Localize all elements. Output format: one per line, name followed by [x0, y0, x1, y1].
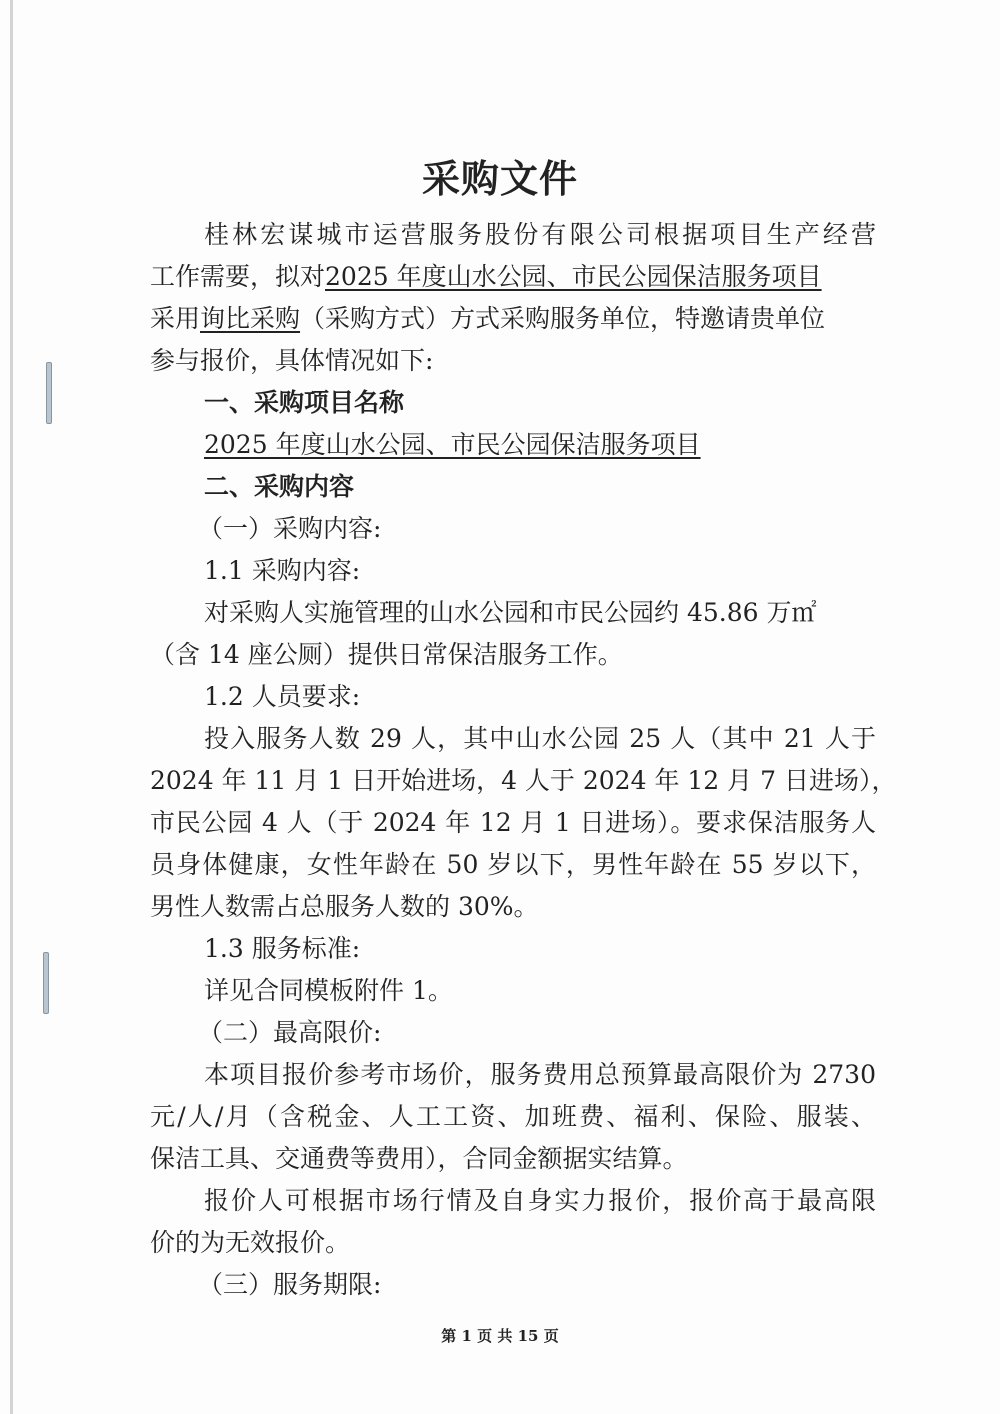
item-1-2-line-4: 员身体健康，女性年龄在 50 岁以下，男性年龄在 55 岁以下，	[150, 850, 876, 880]
item-1-2-line-5: 男性人数需占总服务人数的 30%。	[150, 892, 539, 922]
intro-line-4: 参与报价，具体情况如下:	[150, 346, 433, 376]
binding-staple	[43, 952, 49, 1014]
document-title: 采购文件	[0, 148, 1000, 203]
project-name-underlined: 2025 年度山水公园、市民公园保洁服务项目	[325, 262, 822, 291]
item-1-1-line-1: 对采购人实施管理的山水公园和市民公园约 45.86 万㎡	[204, 598, 816, 628]
subsection-2-line-3: 保洁工具、交通费等费用），合同金额据实结算。	[150, 1144, 688, 1174]
subsection-2-line-4: 报价人可根据市场行情及自身实力报价，报价高于最高限	[204, 1186, 876, 1216]
subsection-1-heading: （一）采购内容:	[198, 514, 381, 544]
intro-text: 工作需要，拟对	[150, 262, 325, 291]
intro-line-3: 采用询比采购（采购方式）方式采购服务单位，特邀请贵单位	[150, 304, 825, 334]
item-1-2-line-2: 2024 年 11 月 1 日开始进场，4 人于 2024 年 12 月 7 日…	[150, 766, 876, 796]
subsection-3-heading: （三）服务期限:	[198, 1270, 381, 1300]
item-1-2-line-1: 投入服务人数 29 人，其中山水公园 25 人（其中 21 人于	[204, 724, 876, 754]
item-1-3-line-1: 详见合同模板附件 1。	[204, 976, 453, 1006]
binding-staple	[46, 362, 52, 424]
section-2-heading: 二、采购内容	[204, 472, 354, 502]
procurement-method-underlined: 询比采购	[200, 304, 300, 333]
subsection-2-line-1: 本项目报价参考市场价，服务费用总预算最高限价为 2730	[204, 1060, 876, 1090]
subsection-2-line-2: 元/人/月（含税金、人工工资、加班费、福利、保险、服装、	[150, 1102, 876, 1132]
subsection-2-line-5: 价的为无效报价。	[150, 1228, 350, 1258]
item-1-1-line-2: （含 14 座公厕）提供日常保洁服务工作。	[150, 640, 623, 670]
intro-text: 采用	[150, 304, 200, 333]
item-1-3-heading: 1.3 服务标准:	[204, 934, 360, 964]
intro-text: （采购方式）方式采购服务单位，特邀请贵单位	[300, 304, 825, 333]
page-number-footer: 第 1 页 共 15 页	[0, 1325, 1000, 1346]
item-1-2-heading: 1.2 人员要求:	[204, 682, 360, 712]
scan-edge-line	[10, 0, 13, 1414]
intro-line-1: 桂林宏谋城市运营服务股份有限公司根据项目生产经营	[204, 220, 876, 250]
item-1-1-heading: 1.1 采购内容:	[204, 556, 360, 586]
item-1-2-line-3: 市民公园 4 人（于 2024 年 12 月 1 日进场）。要求保洁服务人	[150, 808, 876, 838]
section-1-project-name: 2025 年度山水公园、市民公园保洁服务项目	[204, 430, 701, 460]
intro-line-2: 工作需要，拟对2025 年度山水公园、市民公园保洁服务项目	[150, 262, 822, 292]
subsection-2-heading: （二）最高限价:	[198, 1018, 381, 1048]
section-1-heading: 一、采购项目名称	[204, 388, 404, 418]
